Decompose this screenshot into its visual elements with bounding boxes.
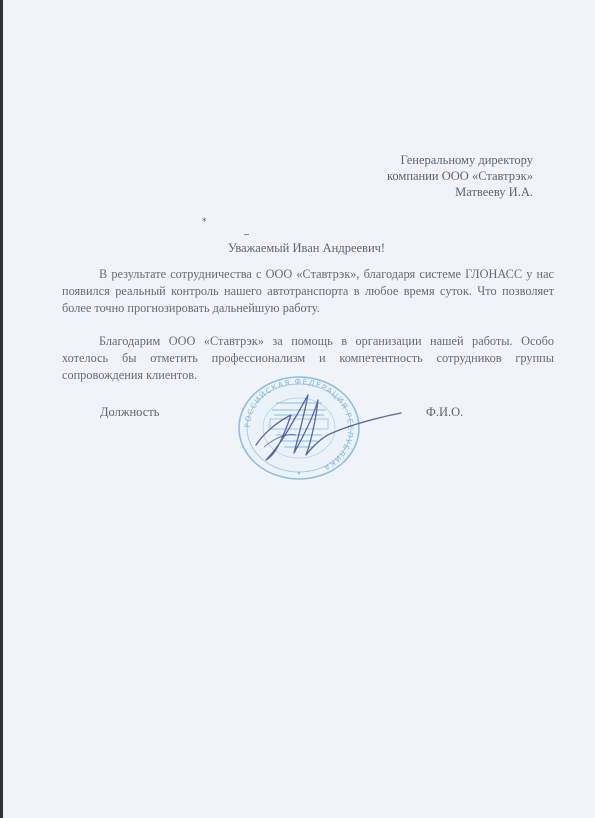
name-label: Ф.И.О. — [426, 405, 463, 420]
addressee-block: Генеральному директору компании ООО «Ста… — [387, 152, 533, 200]
addressee-title: Генеральному директору — [387, 152, 533, 168]
addressee-name: Матвееву И.А. — [387, 184, 533, 200]
paragraph-1-text: В результате сотрудничества с ООО «Ставт… — [62, 267, 554, 315]
handwritten-signature-icon — [236, 375, 406, 481]
scan-speck: * — [202, 217, 207, 227]
scan-mark — [244, 234, 249, 235]
addressee-company: компании ООО «Ставтрэк» — [387, 168, 533, 184]
salutation: Уважаемый Иван Андреевич! — [0, 241, 595, 256]
body-paragraph-1: В результате сотрудничества с ООО «Ставт… — [62, 266, 554, 317]
position-label: Должность — [100, 405, 159, 420]
